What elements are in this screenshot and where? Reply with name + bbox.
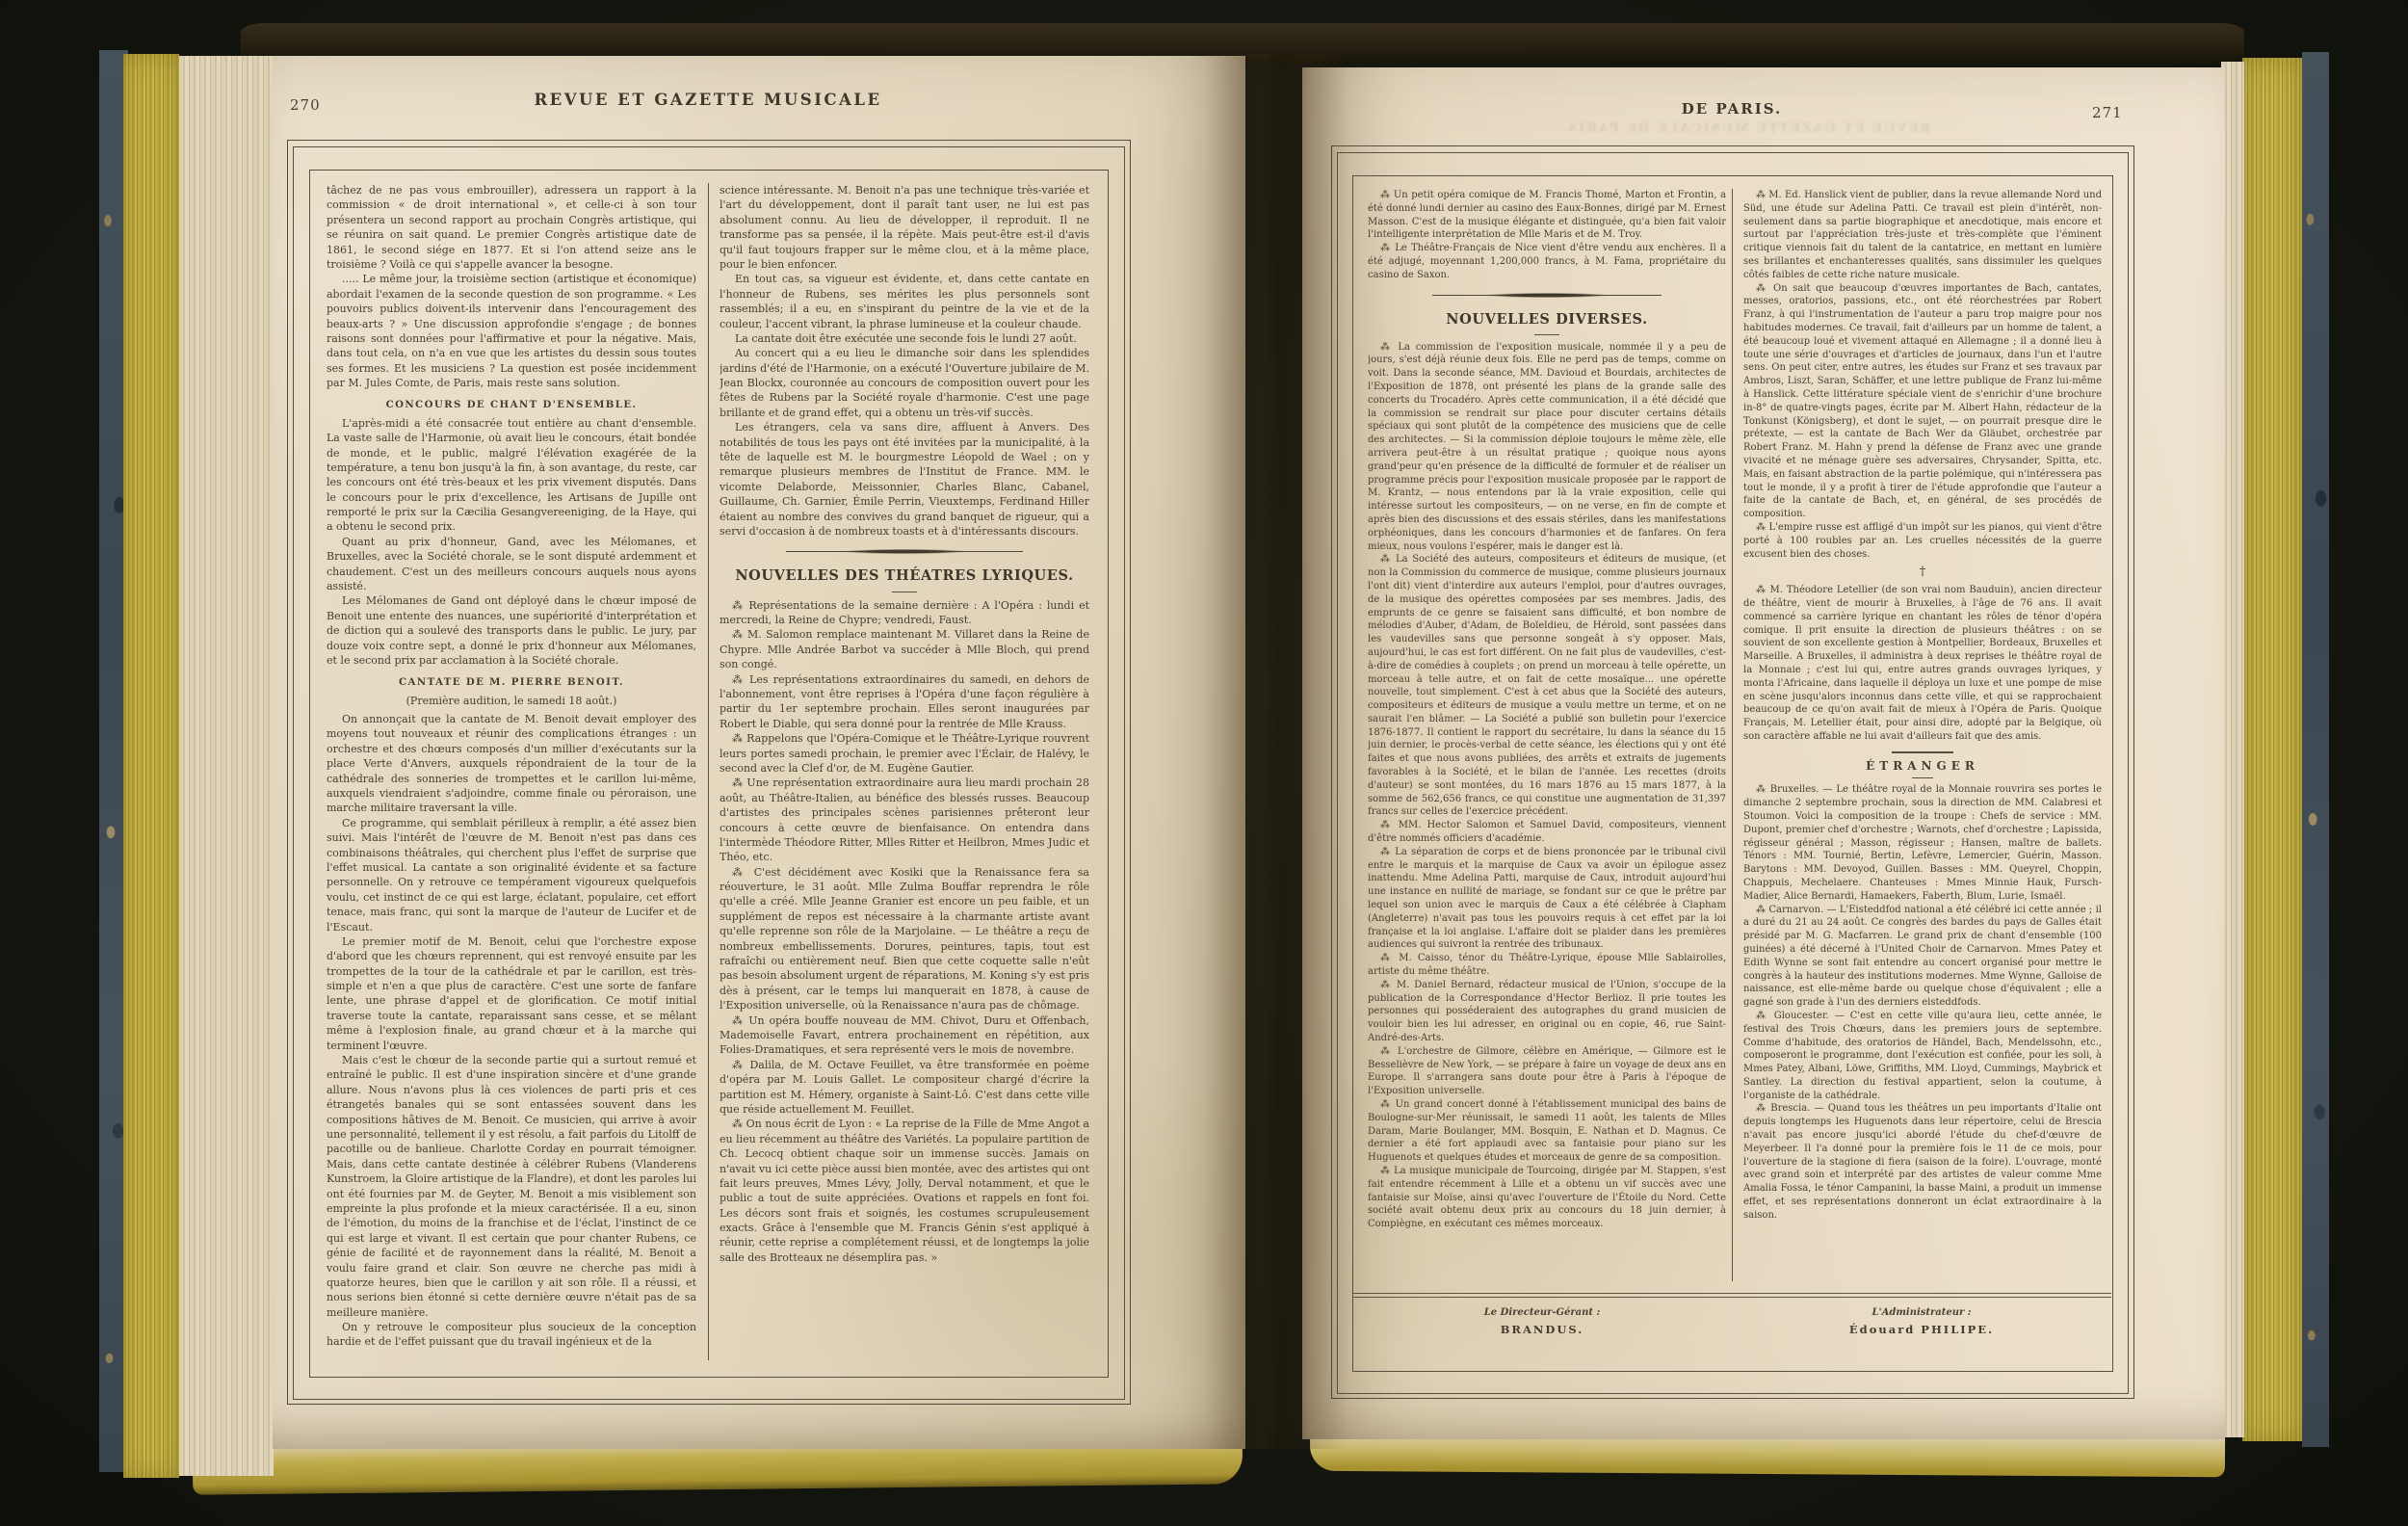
running-title-right: DE PARIS.: [1331, 100, 2133, 118]
section-heading: CANTATE DE M. PIERRE BENOIT.: [327, 675, 696, 689]
news-item: ⁂ Une représentation extraordinaire aura…: [720, 776, 1089, 864]
section-heading: ÉTRANGER: [1743, 758, 2102, 779]
section-heading: CONCOURS DE CHANT D'ENSEMBLE.: [327, 398, 696, 411]
section-heading: NOUVELLES DIVERSES.: [1368, 310, 1726, 335]
news-item: ⁂ La séparation de corps et de biens pro…: [1368, 846, 1726, 952]
news-item: ⁂ La musique municipale de Tourcoing, di…: [1368, 1165, 1726, 1231]
news-item: ⁂ Bruxelles. — Le théâtre royal de la Mo…: [1743, 783, 2102, 903]
news-item: ⁂ La commission de l'exposition musicale…: [1368, 341, 1726, 554]
footer-director-role: Le Directeur-Gérant :: [1352, 1307, 1732, 1318]
orn-rule-ornament: [1892, 751, 1953, 753]
paragraph: On annonçait que la cantate de M. Benoit…: [327, 712, 696, 816]
marbled-cover-right: [2302, 52, 2329, 1447]
paragraph: On y retrouve le compositeur plus soucie…: [327, 1320, 696, 1350]
news-item: ⁂ Dalila, de M. Octave Feuillet, va être…: [720, 1058, 1089, 1118]
orn-diamond-ornament: [720, 545, 1089, 558]
column-divider: [708, 183, 709, 1360]
news-item: ⁂ On nous écrit de Lyon : « La reprise d…: [720, 1117, 1089, 1265]
news-item: ⁂ C'est décidément avec Kosiki que la Re…: [720, 865, 1089, 1013]
footer-director: Le Directeur-Gérant : BRANDUS.: [1352, 1307, 1732, 1336]
paragraph: L'après-midi a été consacrée tout entièr…: [327, 416, 696, 535]
paragraph: Quant au prix d'honneur, Gand, avec les …: [327, 535, 696, 594]
column-right-1: ⁂ Un petit opéra comique de M. Francis T…: [1368, 189, 1726, 1281]
imprint-footer: Le Directeur-Gérant : BRANDUS. L'Adminis…: [1352, 1293, 2111, 1336]
news-item: ⁂ Brescia. — Quand tous les théâtres un …: [1743, 1102, 2102, 1222]
stacked-page-edges-left: [179, 56, 274, 1476]
news-item: ⁂ Un opéra bouffe nouveau de MM. Chivot,…: [720, 1013, 1089, 1058]
news-item: ⁂ Le Théâtre-Français de Nice vient d'êt…: [1368, 242, 1726, 281]
footer-administrator: L'Administrateur : Édouard PHILIPE.: [1732, 1307, 2111, 1336]
paragraph: En tout cas, sa vigueur est évidente, et…: [720, 272, 1089, 331]
news-item: ⁂ Un grand concert donné à l'établisseme…: [1368, 1098, 1726, 1165]
column-right-2: ⁂ M. Ed. Hanslick vient de publier, dans…: [1743, 189, 2102, 1281]
paragraph: Le premier motif de M. Benoit, celui que…: [327, 934, 696, 1053]
paragraph: Mais c'est le chœur de la seconde partie…: [327, 1053, 696, 1320]
paragraph: Ce programme, qui semblait périlleux à r…: [327, 816, 696, 934]
paragraph: tâchez de ne pas vous embrouiller), adre…: [327, 183, 696, 272]
paragraph: Les Mélomanes de Gand ont déployé dans l…: [327, 593, 696, 668]
paragraph: La cantate doit être exécutée une second…: [720, 331, 1089, 346]
news-item: ⁂ MM. Hector Salomon et Samuel David, co…: [1368, 819, 1726, 846]
section-heading: NOUVELLES DES THÉATRES LYRIQUES.: [720, 566, 1089, 592]
column-divider: [1732, 189, 1733, 1281]
paragraph: science intéressante. M. Benoit n'a pas …: [720, 183, 1089, 272]
show-through-text: REVUE ET GAZETTE MUSICALE DE PARIS.: [1379, 121, 2111, 136]
news-item: ⁂ La Société des auteurs, compositeurs e…: [1368, 553, 1726, 819]
news-item: ⁂ Carnarvon. — L'Eisteddfod national a é…: [1743, 904, 2102, 1010]
paragraph: Les étrangers, cela va sans dire, afflue…: [720, 420, 1089, 539]
gilt-page-edges-left: [123, 54, 179, 1478]
subheading: (Première audition, le samedi 18 août.): [327, 694, 696, 708]
news-item: ⁂ L'empire russe est affligé d'un impôt …: [1743, 521, 2102, 561]
footer-administrator-name: Édouard PHILIPE.: [1732, 1323, 2111, 1336]
news-item: ⁂ L'orchestre de Gilmore, célèbre en Amé…: [1368, 1045, 1726, 1098]
photograph-of-open-book: { "book": { "left_page_number": "270", "…: [0, 0, 2408, 1526]
news-item: ⁂ Représentations de la semaine dernière…: [720, 598, 1089, 628]
column-left-1: tâchez de ne pas vous embrouiller), adre…: [327, 183, 696, 1360]
paragraph: Au concert qui a eu lieu le dimanche soi…: [720, 346, 1089, 420]
paragraph: ..... Le même jour, la troisième section…: [327, 272, 696, 390]
news-item: ⁂ M. Caisso, ténor du Théâtre-Lyrique, é…: [1368, 952, 1726, 979]
news-item: ⁂ M. Salomon remplace maintenant M. Vill…: [720, 627, 1089, 671]
gilt-page-edges-right: [2242, 58, 2302, 1441]
news-item: ⁂ Gloucester. — C'est en cette ville qu'…: [1743, 1010, 2102, 1103]
news-item: ⁂ M. Daniel Bernard, rédacteur musical d…: [1368, 979, 1726, 1045]
news-item: ⁂ M. Théodore Letellier (de son vrai nom…: [1743, 584, 2102, 744]
running-title-left: REVUE ET GAZETTE MUSICALE: [287, 91, 1129, 109]
page-right: REVUE ET GAZETTE MUSICALE DE PARIS. DE P…: [1302, 67, 2225, 1439]
orn-cross-ornament: †: [1743, 564, 2102, 581]
column-left-2: science intéressante. M. Benoit n'a pas …: [720, 183, 1089, 1360]
news-item: ⁂ On sait que beaucoup d'œuvres importan…: [1743, 282, 2102, 521]
page-left: 270 REVUE ET GAZETTE MUSICALE tâchez de …: [273, 56, 1245, 1449]
orn-diamond-ornament: [1368, 289, 1726, 302]
footer-administrator-role: L'Administrateur :: [1732, 1307, 2111, 1318]
news-item: ⁂ Les représentations extraordinaires du…: [720, 672, 1089, 732]
footer-director-name: BRANDUS.: [1352, 1323, 1732, 1336]
news-item: ⁂ Rappelons que l'Opéra-Comique et le Th…: [720, 731, 1089, 776]
news-item: ⁂ Un petit opéra comique de M. Francis T…: [1368, 189, 1726, 242]
page-number-right: 271: [2092, 104, 2123, 121]
news-item: ⁂ M. Ed. Hanslick vient de publier, dans…: [1743, 189, 2102, 282]
